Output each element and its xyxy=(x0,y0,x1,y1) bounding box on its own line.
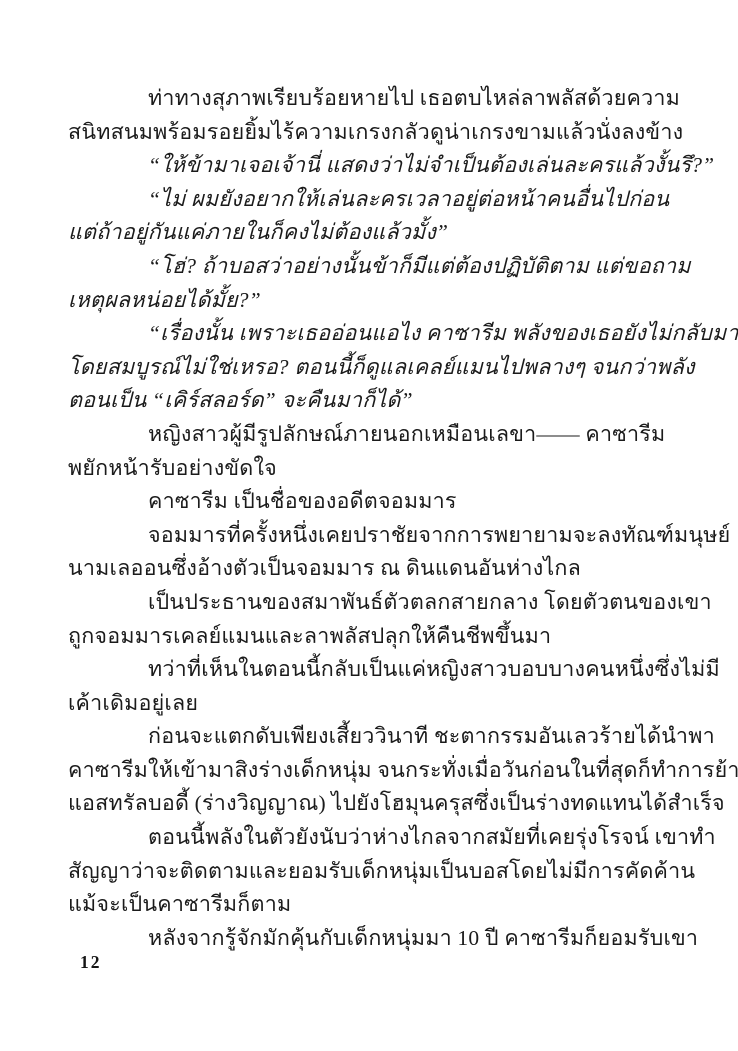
text-line: เค้าเดิมอยู่เลย xyxy=(68,687,674,721)
text-line: ก่อนจะแตกดับเพียงเสี้ยววินาที ชะตากรรมอั… xyxy=(68,720,674,754)
text-line: สัญญาว่าจะติดตามและยอมรับเด็กหนุ่มเป็นบอ… xyxy=(68,855,674,889)
text-line: จอมมารที่ครั้งหนึ่งเคยปราชัยจากการพยายาม… xyxy=(68,519,674,553)
page-number: 12 xyxy=(80,952,102,973)
book-page: ท่าทางสุภาพเรียบร้อยหายไป เธอตบไหล่ลาพลั… xyxy=(0,0,738,1051)
text-line: “ให้ข้ามาเจอเจ้านี่ แสดงว่าไม่จำเป็นต้อง… xyxy=(68,149,674,183)
page-text: ท่าทางสุภาพเรียบร้อยหายไป เธอตบไหล่ลาพลั… xyxy=(68,82,674,955)
text-line: นามเลออนซึ่งอ้างตัวเป็นจอมมาร ณ ดินแดนอั… xyxy=(68,552,674,586)
text-line: ถูกจอมมารเคลย์แมนและลาพลัสปลุกให้คืนชีพข… xyxy=(68,620,674,654)
text-line: สนิทสนมพร้อมรอยยิ้มไร้ความเกรงกลัวดูน่าเ… xyxy=(68,116,674,150)
text-line: ท่าทางสุภาพเรียบร้อยหายไป เธอตบไหล่ลาพลั… xyxy=(68,82,674,116)
text-line: ตอนเป็น “เคิร์สลอร์ด” จะคืนมาก็ได้” xyxy=(68,384,674,418)
text-line: แอสทรัลบอดี้ (ร่างวิญญาณ) ไปยังโฮมุนครุส… xyxy=(68,787,674,821)
text-line: ตอนนี้พลังในตัวยังนับว่าห่างไกลจากสมัยที… xyxy=(68,821,674,855)
text-line: เหตุผลหน่อยได้มั้ย?” xyxy=(68,284,674,318)
text-line: แต่ถ้าอยู่กันแค่ภายในก็คงไม่ต้องแล้วมั้ง… xyxy=(68,216,674,250)
text-line: พยักหน้ารับอย่างขัดใจ xyxy=(68,452,674,486)
text-line: คาซารีม เป็นชื่อของอดีตจอมมาร xyxy=(68,485,674,519)
text-line: หญิงสาวผู้มีรูปลักษณ์ภายนอกเหมือนเลขา—— … xyxy=(68,418,674,452)
text-line: “เรื่องนั้น เพราะเธออ่อนแอไง คาซารีม พลั… xyxy=(68,317,674,351)
text-line: เป็นประธานของสมาพันธ์ตัวตลกสายกลาง โดยตั… xyxy=(68,586,674,620)
text-line: หลังจากรู้จักมักคุ้นกับเด็กหนุ่มมา 10 ปี… xyxy=(68,922,674,956)
text-line: แม้จะเป็นคาซารีมก็ตาม xyxy=(68,888,674,922)
text-line: “ไม่ ผมยังอยากให้เล่นละครเวลาอยู่ต่อหน้า… xyxy=(68,183,674,217)
text-line: “โฮ่? ถ้าบอสว่าอย่างนั้นข้าก็มีแต่ต้องปฏ… xyxy=(68,250,674,284)
text-line: คาซารีมให้เข้ามาสิงร่างเด็กหนุ่ม จนกระทั… xyxy=(68,754,674,788)
text-line: โดยสมบูรณ์ไม่ใช่เหรอ? ตอนนี้ก็ดูแลเคลย์แ… xyxy=(68,351,674,385)
text-line: ทว่าที่เห็นในตอนนี้กลับเป็นแค่หญิงสาวบอบ… xyxy=(68,653,674,687)
